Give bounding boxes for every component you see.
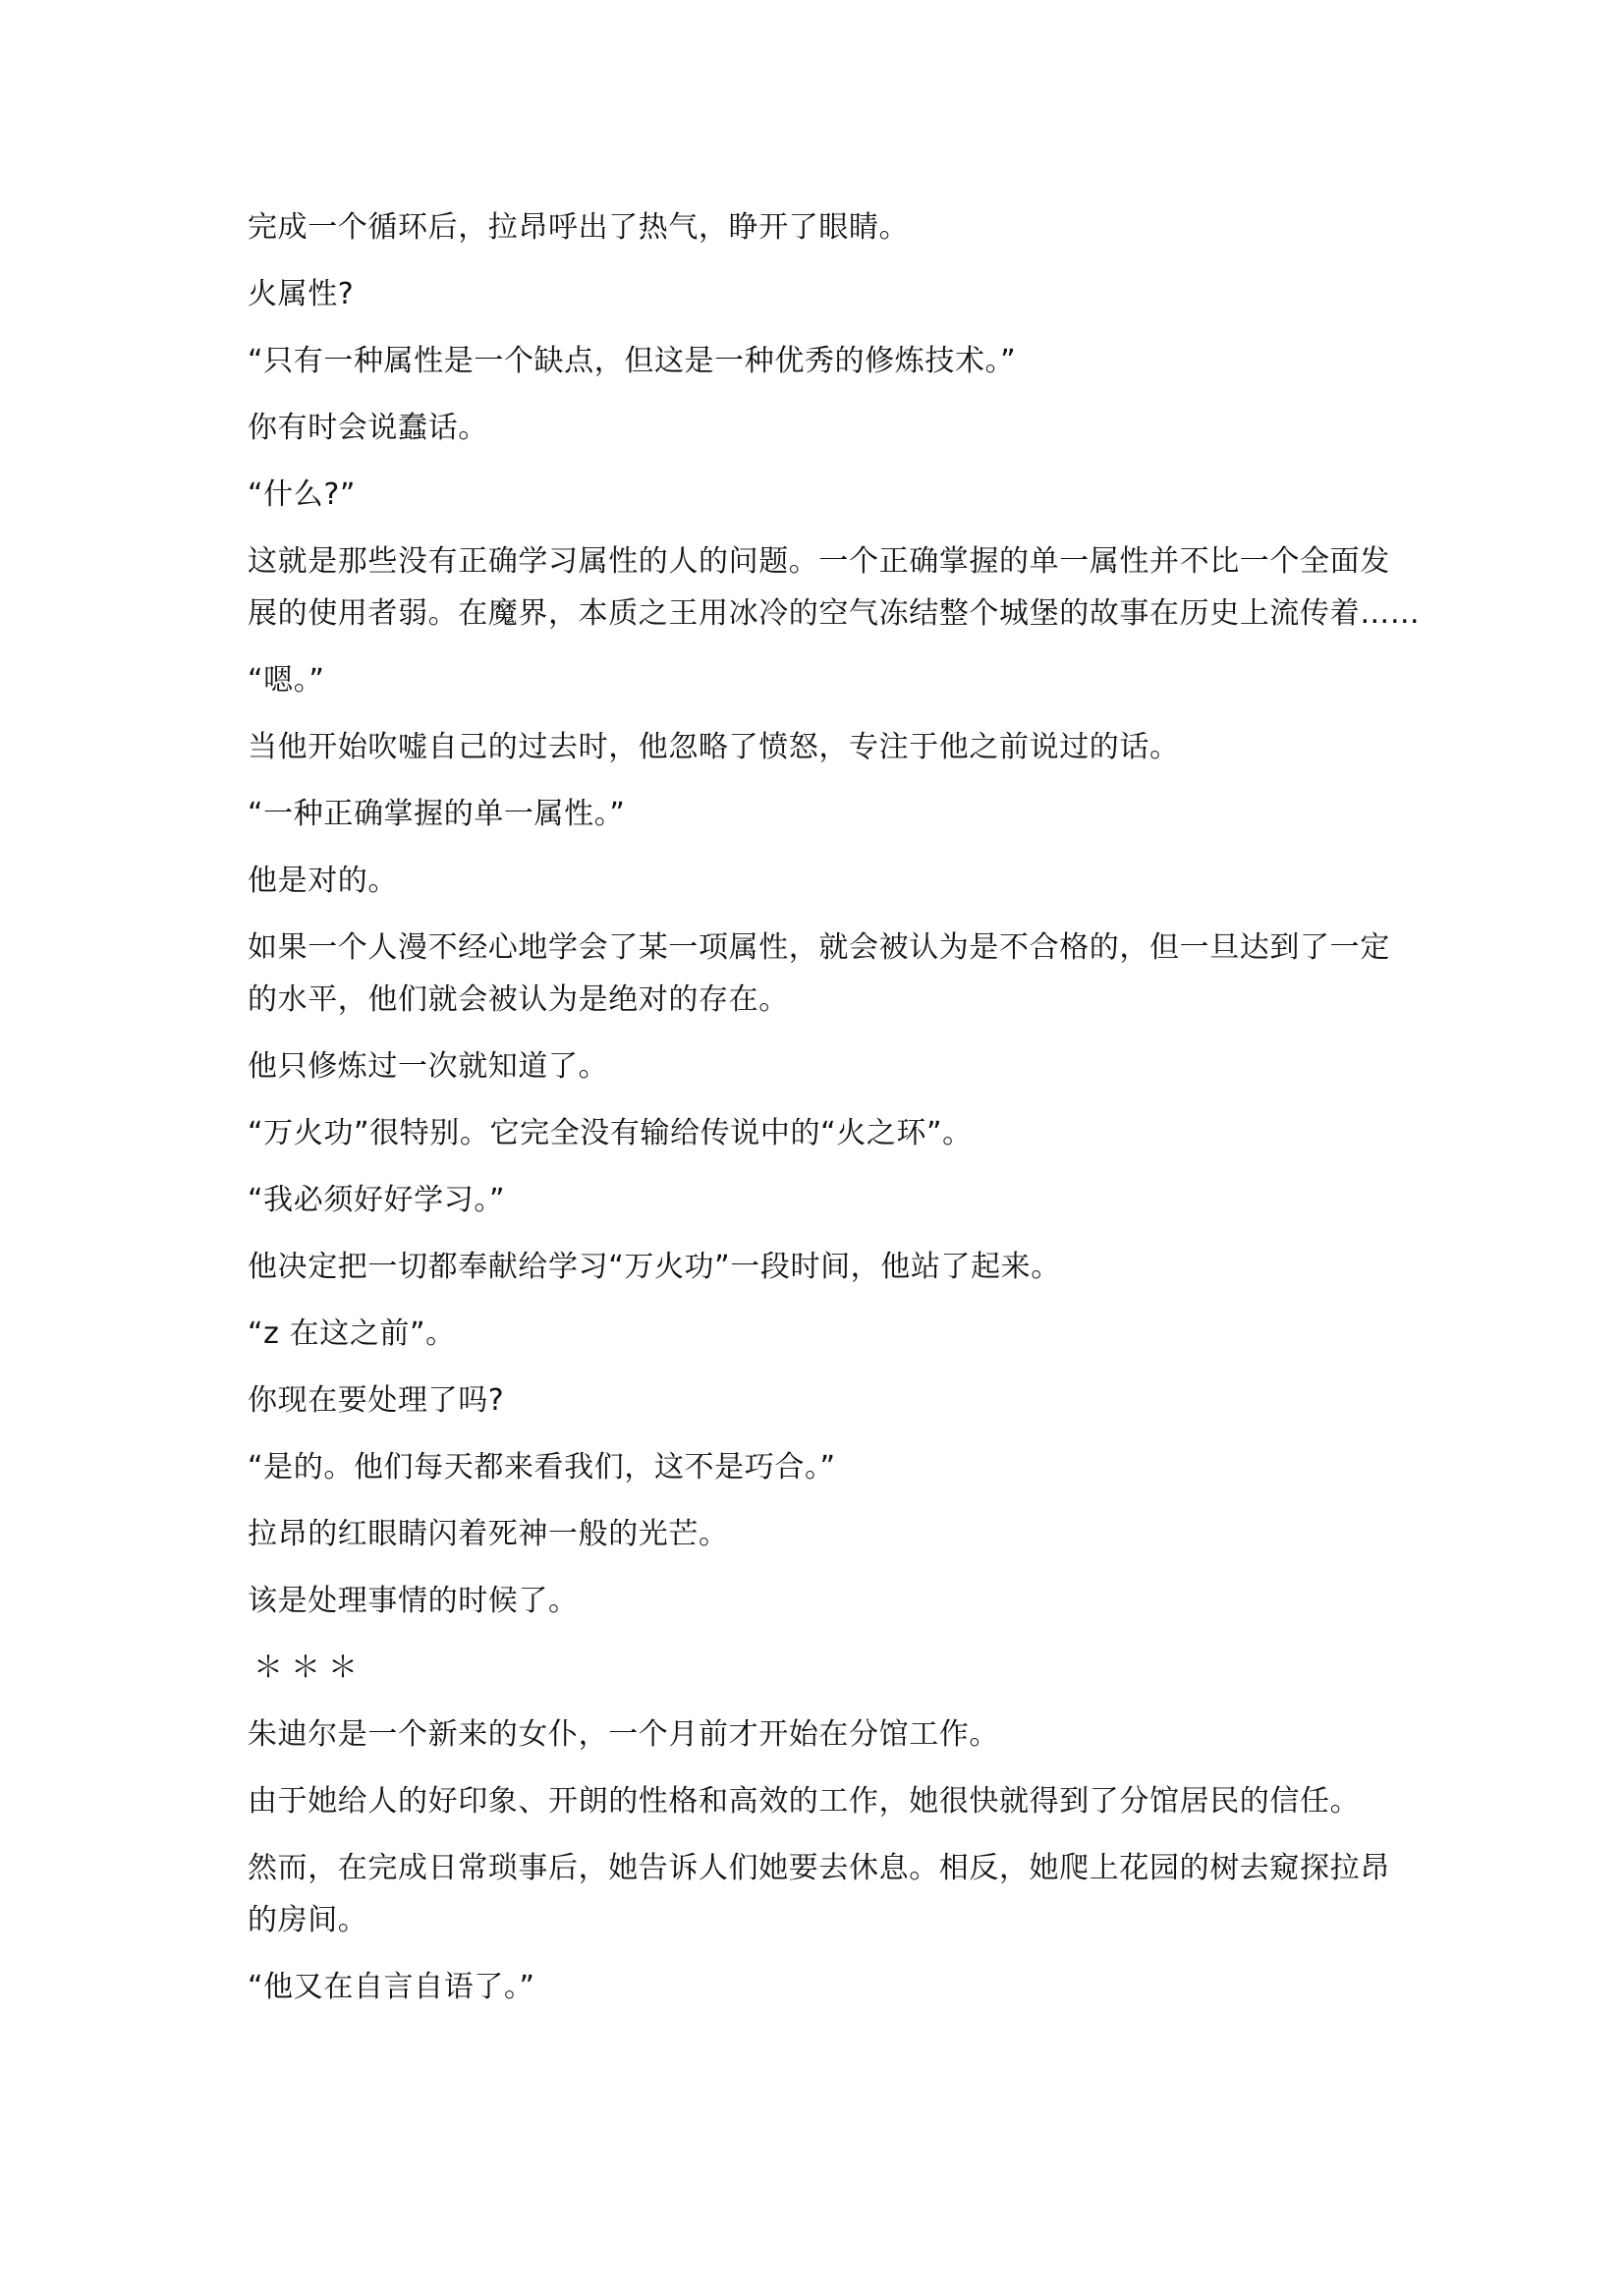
paragraph: 完成一个循环后，拉昂呼出了热气，睁开了眼睛。 (248, 201, 1387, 253)
paragraph-line: “万火功”很特别。它完全没有输给传说中的“火之环”。 (248, 1116, 973, 1150)
paragraph: “万火功”很特别。它完全没有输给传说中的“火之环”。 (248, 1107, 1387, 1159)
separator-asterisks: ＊＊＊ (253, 1651, 365, 1685)
paragraph: 你现在要处理了吗? (248, 1374, 1387, 1427)
paragraph-line: 完成一个循环后，拉昂呼出了热气，睁开了眼睛。 (248, 210, 909, 245)
paragraph: 他决定把一切都奉献给学习“万火功”一段时间，他站了起来。 (248, 1241, 1387, 1293)
paragraph: 这就是那些没有正确学习属性的人的问题。一个正确掌握的单一属性并不比一个全面发展的… (248, 535, 1387, 640)
paragraph: 由于她给人的好印象、开朗的性格和高效的工作，她很快就得到了分馆居民的信任。 (248, 1775, 1387, 1827)
paragraph: 如果一个人漫不经心地学会了某一项属性，就会被认为是不合格的，但一旦达到了一定的水… (248, 922, 1387, 1026)
paragraph: “他又在自言自语了。” (248, 1961, 1387, 2013)
paragraph: 当他开始吹嘘自己的过去时，他忽略了愤怒，专注于他之前说过的话。 (248, 721, 1387, 773)
paragraph: 他是对的。 (248, 855, 1387, 907)
paragraph-line: 的水平，他们就会被认为是绝对的存在。 (248, 982, 789, 1017)
paragraph-line: 火属性? (248, 277, 354, 311)
paragraph: 朱迪尔是一个新来的女仆，一个月前才开始在分馆工作。 (248, 1708, 1387, 1761)
paragraph-line: 你现在要处理了吗? (248, 1383, 504, 1418)
paragraph-line: 这就是那些没有正确学习属性的人的问题。一个正确掌握的单一属性并不比一个全面发 (248, 544, 1390, 579)
paragraph: 你有时会说蠢话。 (248, 402, 1387, 454)
paragraph: 他只修炼过一次就知道了。 (248, 1040, 1387, 1092)
paragraph-line: 该是处理事情的时候了。 (248, 1584, 579, 1618)
paragraph: “一种正确掌握的单一属性。” (248, 788, 1387, 840)
paragraph: 拉昂的红眼睛闪着死神一般的光芒。 (248, 1508, 1387, 1560)
paragraph-line: “一种正确掌握的单一属性。” (248, 797, 625, 831)
paragraph-line: “z 在这之前”。 (248, 1316, 456, 1351)
paragraph: 该是处理事情的时候了。 (248, 1575, 1387, 1627)
paragraph: “嗯。” (248, 654, 1387, 706)
paragraph: “只有一种属性是一个缺点，但这是一种优秀的修炼技术。” (248, 335, 1387, 387)
paragraph-line: “只有一种属性是一个缺点，但这是一种优秀的修炼技术。” (248, 344, 1016, 378)
paragraph-line: 你有时会说蠢话。 (248, 411, 488, 445)
paragraph: “z 在这之前”。 (248, 1308, 1387, 1360)
paragraph-line: “嗯。” (248, 663, 324, 698)
paragraph-line: “我必须好好学习。” (248, 1183, 505, 1217)
paragraph-line: 拉昂的红眼睛闪着死神一般的光芒。 (248, 1517, 729, 1551)
paragraph-line: “他又在自言自语了。” (248, 1970, 535, 2004)
paragraph-line: 朱迪尔是一个新来的女仆，一个月前才开始在分馆工作。 (248, 1717, 999, 1752)
paragraph: 火属性? (248, 268, 1387, 320)
paragraph-line: “是的。他们每天都来看我们，这不是巧合。” (248, 1450, 836, 1484)
paragraph-line: 由于她给人的好印象、开朗的性格和高效的工作，她很快就得到了分馆居民的信任。 (248, 1784, 1360, 1819)
paragraph-line: 如果一个人漫不经心地学会了某一项属性，就会被认为是不合格的，但一旦达到了一定 (248, 930, 1390, 965)
paragraph-line: 他决定把一切都奉献给学习“万火功”一段时间，他站了起来。 (248, 1250, 1061, 1284)
paragraph-line: “什么?” (248, 477, 356, 512)
scene-separator: ＊＊＊ (248, 1642, 1387, 1694)
paragraph-line: 然而，在完成日常琐事后，她告诉人们她要去休息。相反，她爬上花园的树去窥探拉昂 (248, 1851, 1390, 1885)
paragraph: 然而，在完成日常琐事后，她告诉人们她要去休息。相反，她爬上花园的树去窥探拉昂的房… (248, 1842, 1387, 1946)
paragraph: “是的。他们每天都来看我们，这不是巧合。” (248, 1441, 1387, 1493)
paragraph-line: 的房间。 (248, 1903, 367, 1937)
paragraph-line: 他只修炼过一次就知道了。 (248, 1049, 608, 1084)
document-page: 完成一个循环后，拉昂呼出了热气，睁开了眼睛。 火属性? “只有一种属性是一个缺点… (248, 201, 1387, 2013)
paragraph-line: 展的使用者弱。在魔界，本质之王用冰冷的空气冻结整个城堡的故事在历史上流传着…… (248, 596, 1420, 631)
paragraph-line: 他是对的。 (248, 864, 398, 898)
paragraph: “我必须好好学习。” (248, 1174, 1387, 1226)
paragraph: “什么?” (248, 469, 1387, 521)
paragraph-line: 当他开始吹嘘自己的过去时，他忽略了愤怒，专注于他之前说过的话。 (248, 730, 1180, 764)
